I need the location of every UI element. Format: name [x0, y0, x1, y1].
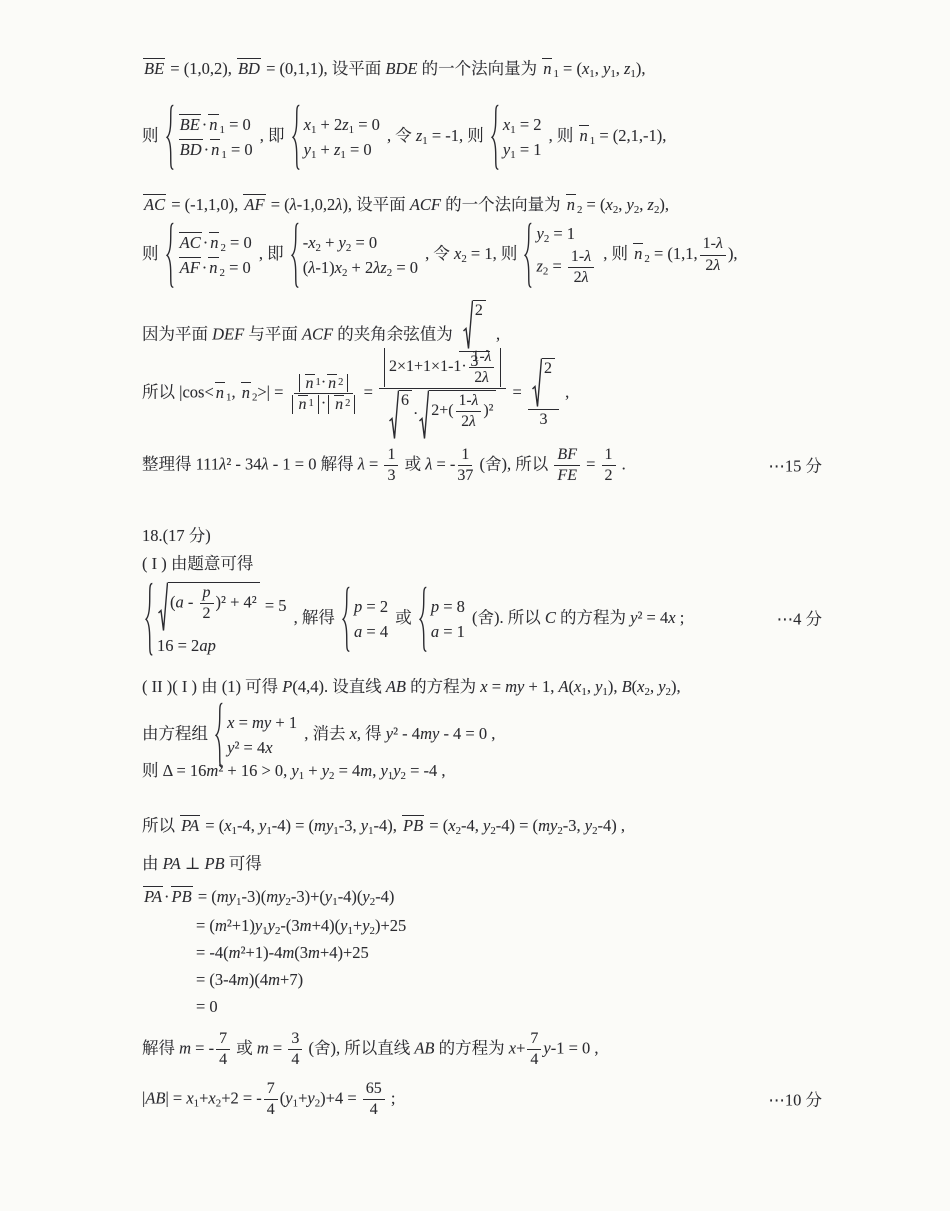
subscript: 2	[644, 253, 649, 265]
fraction: 34	[288, 1030, 302, 1070]
math-variable: a	[176, 593, 184, 612]
fraction: 74	[216, 1030, 230, 1070]
numerator: 1-λ	[568, 248, 594, 268]
vector-overline: n	[633, 243, 643, 262]
curly-brace-icon	[145, 582, 153, 656]
math-variable: AB	[145, 1089, 165, 1108]
math-variable: n	[634, 244, 642, 263]
numerator: 7	[264, 1080, 278, 1100]
math-variable: y	[630, 608, 637, 627]
math-variable: AB	[414, 1039, 434, 1058]
curly-brace-icon	[291, 222, 299, 289]
numerator: 2	[459, 300, 490, 352]
numerator: BF	[554, 446, 580, 466]
math-variable: PA	[181, 816, 199, 835]
math-variable: λ	[219, 455, 226, 474]
subscript: 1	[311, 124, 316, 136]
curly-brace-icon	[215, 702, 223, 769]
vector-overline: n	[215, 382, 225, 401]
math-variable: PB	[172, 887, 192, 906]
denominator: 4	[530, 1050, 538, 1069]
denominator: 2	[203, 604, 211, 623]
square-root: 2+(1-λ2λ)²	[419, 390, 496, 440]
vector-overline: n	[566, 194, 576, 213]
subscript: 1	[368, 825, 373, 837]
subscript: 1	[293, 1098, 298, 1110]
math-line: (a - p2)² + 4² = 516 = 2ap , 解得 p = 2a =…	[142, 582, 822, 656]
math-line: = -4(m²+1)-4m(3m+4)+25	[196, 942, 822, 963]
subscript: 1	[236, 896, 241, 908]
score-mark: ⋯4 分	[777, 609, 822, 630]
subscript: 1	[221, 149, 226, 161]
equation-system: -x2 + y2 = 0(λ-1)x2 + 2λz2 = 0	[291, 222, 418, 289]
subscript: 2	[345, 399, 350, 410]
subscript: 2	[401, 770, 406, 782]
subscript: 2	[577, 204, 582, 216]
fraction: 137	[457, 446, 473, 486]
math-variable: x	[208, 1089, 215, 1108]
math-variable: p	[431, 597, 439, 616]
numerator: 2	[528, 358, 559, 410]
math-variable: B	[622, 677, 632, 696]
math-variable: DEF	[212, 324, 244, 343]
subscript: 2	[592, 825, 597, 837]
math-variable: BD	[238, 59, 260, 78]
math-variable: λ	[335, 195, 342, 214]
math-variable: m	[282, 943, 294, 962]
math-variable: x	[605, 195, 612, 214]
math-line: AC = (-1,1,0), AF = (λ-1,0,2λ), 设平面 ACF …	[142, 194, 822, 216]
subscript: 1	[602, 686, 607, 698]
subscript: 1	[510, 149, 515, 161]
numerator: p	[200, 584, 214, 604]
curly-brace-icon	[419, 586, 427, 653]
square-root: 2	[532, 358, 555, 408]
subscript: 2	[544, 233, 549, 245]
math-variable: y	[268, 916, 275, 935]
vector-overline: BE	[143, 58, 165, 77]
equation-system: (a - p2)² + 4² = 516 = 2ap	[145, 582, 287, 656]
denominator: 4	[267, 1100, 275, 1119]
math-variable: λ	[469, 413, 476, 430]
system-rows: p = 8a = 1	[427, 596, 465, 642]
subscript: 2	[315, 1098, 320, 1110]
absolute-value: 2×1+1×1-1·1-λ2λ	[384, 348, 501, 387]
curly-brace-icon	[524, 222, 532, 289]
vector-overline: PB	[402, 815, 424, 834]
math-variable: my	[266, 887, 285, 906]
math-variable: x	[186, 1089, 193, 1108]
math-variable: y	[339, 233, 346, 252]
system-row: x = my + 1	[227, 712, 297, 733]
math-variable: AC	[180, 233, 201, 252]
math-variable: BE	[180, 115, 200, 134]
equation-system: AC·n2 = 0AF·n2 = 0	[166, 222, 252, 289]
math-variable: A	[558, 677, 568, 696]
subscript: 1	[340, 149, 345, 161]
fraction: 12	[602, 446, 616, 486]
math-variable: λ	[308, 258, 315, 277]
system-row: AF·n2 = 0	[178, 257, 251, 279]
score-mark: ⋯15 分	[768, 455, 822, 476]
math-line: 所以 |cos<n1, n2>| = n1·n2n1·n2 = 2×1+1×1-…	[142, 348, 822, 440]
vector-overline: BE	[179, 114, 201, 133]
math-variable: m	[308, 943, 320, 962]
denominator: 6·2+(1-λ2λ)²	[388, 389, 497, 440]
vector-overline: BD	[237, 58, 261, 77]
math-variable: m	[237, 970, 249, 989]
math-line: |AB| = x1+x2+2 = -74(y1+y2)+4 = 654 ;⋯10…	[142, 1080, 822, 1120]
system-rows: AC·n2 = 0AF·n2 = 0	[174, 232, 252, 279]
curly-brace-icon	[166, 222, 174, 289]
math-variable: m	[215, 916, 227, 935]
fraction: 1-λ2λ	[568, 248, 594, 288]
math-variable: x	[335, 258, 342, 277]
math-variable: x	[224, 816, 231, 835]
math-variable: my	[252, 713, 271, 732]
math-line: ( I ) 由题意可得	[142, 553, 822, 574]
math-variable: n	[335, 396, 343, 413]
math-variable: x	[304, 115, 311, 134]
math-line: = 0	[196, 996, 822, 1017]
subscript: 2	[316, 242, 321, 254]
math-variable: I	[182, 677, 188, 696]
absolute-value: n1	[292, 395, 319, 414]
radicand: 2	[542, 358, 555, 408]
equation-system: x1 + 2z1 = 0y1 + z1 = 0	[292, 104, 380, 171]
subscript: 1	[266, 825, 271, 837]
math-variable: BDE	[385, 59, 417, 78]
subscript: 2	[285, 896, 290, 908]
system-row: y2 = 1	[536, 223, 575, 245]
subscript: 1	[311, 149, 316, 161]
math-variable: y	[285, 1089, 292, 1108]
subscript: 2	[634, 204, 639, 216]
subscript: 2	[490, 825, 495, 837]
fraction: BFFE	[554, 446, 580, 486]
fraction: 74	[527, 1030, 541, 1070]
subscript: 2	[666, 686, 671, 698]
numerator: 3	[288, 1030, 302, 1050]
numerator: n1·n2	[294, 374, 354, 395]
math-variable: II	[152, 677, 163, 696]
math-variable: λ	[472, 392, 479, 409]
denominator: 2λ	[474, 368, 489, 387]
subscript: 2	[370, 896, 375, 908]
system-row: y1 + z1 = 0	[304, 139, 372, 161]
subscript: 2	[252, 392, 257, 404]
math-variable: AF	[180, 258, 200, 277]
math-line: 由 PA ⊥ PB 可得	[142, 853, 822, 874]
math-variable: p	[203, 584, 211, 601]
radical-icon	[158, 582, 168, 632]
denominator: 2	[605, 466, 613, 485]
denominator: 4	[370, 1100, 378, 1119]
math-variable: ACF	[410, 195, 441, 214]
vector-overline: n	[208, 114, 218, 133]
subscript: 2	[543, 266, 548, 278]
math-variable: my	[420, 724, 439, 743]
vector-overline: PB	[171, 886, 193, 905]
math-variable: y	[307, 1089, 314, 1108]
curly-brace-icon	[166, 104, 174, 171]
subscript: 2	[387, 267, 392, 279]
subscript: 1	[194, 1098, 199, 1110]
subscript: 1	[553, 68, 558, 80]
fraction: 13	[384, 446, 398, 486]
math-variable: p	[354, 597, 362, 616]
math-variable: λz	[373, 258, 387, 277]
numerator: 1-λ	[700, 235, 726, 255]
square-root: 6	[389, 390, 412, 440]
fraction: 23	[528, 358, 559, 429]
math-variable: y	[291, 761, 298, 780]
math-line: = (3-4m)(4m+7)	[196, 969, 822, 990]
vector-overline: PA	[143, 886, 163, 905]
subscript: 1	[333, 825, 338, 837]
subscript: 2	[338, 378, 343, 389]
math-variable: my	[217, 887, 236, 906]
math-variable: n	[209, 115, 217, 134]
denominator: FE	[557, 466, 577, 485]
radicand: 2	[473, 300, 486, 350]
math-variable: AB	[386, 677, 406, 696]
system-row: p = 2	[354, 596, 388, 617]
system-row: y1 = 1	[503, 139, 542, 161]
math-variable: λ	[425, 455, 432, 474]
curly-brace-icon	[491, 104, 499, 171]
math-line: = (m²+1)y1y2-(3m+4)(y1+y2)+25	[196, 915, 822, 937]
math-variable: λ	[485, 348, 492, 365]
scanned-solution-page: BE = (1,0,2), BD = (0,1,1), 设平面 BDE 的一个法…	[0, 0, 950, 1211]
subscript: 1	[299, 770, 304, 782]
subscript: 1	[510, 124, 515, 136]
subscript: 2	[220, 267, 225, 279]
fraction: p2	[200, 584, 214, 624]
denominator: 37	[457, 466, 473, 485]
subscript: 1	[610, 68, 615, 80]
math-variable: n	[299, 396, 307, 413]
vector-overline: n	[327, 374, 337, 393]
math-variable: n	[543, 59, 551, 78]
system-row: z2 = 1-λ2λ	[536, 248, 596, 288]
vector-overline: AC	[179, 232, 202, 251]
math-variable: λ	[584, 248, 591, 265]
fraction: 74	[264, 1080, 278, 1120]
math-variable: PA	[144, 887, 162, 906]
math-variable: x	[350, 724, 357, 743]
equation-system: x = my + 1y² = 4x	[215, 702, 297, 769]
math-variable: m	[300, 916, 312, 935]
math-variable: AF	[244, 195, 264, 214]
math-variable: m	[360, 761, 372, 780]
absolute-value: n2	[328, 395, 355, 414]
math-variable: x	[480, 677, 487, 696]
denominator: 2λ	[461, 412, 476, 431]
radical-icon	[463, 300, 473, 350]
math-variable: x	[227, 713, 234, 732]
subscript: 1	[422, 135, 427, 147]
denominator: n1·n2	[290, 394, 358, 414]
math-variable: n	[210, 233, 218, 252]
math-variable: x	[637, 677, 644, 696]
denominator: 2λ	[705, 256, 720, 275]
numerator: 7	[216, 1030, 230, 1050]
math-variable: m	[257, 1039, 269, 1058]
subscript: 1	[232, 825, 237, 837]
system-row: AC·n2 = 0	[178, 232, 252, 254]
numerator: 1	[458, 446, 472, 466]
curly-brace-icon	[292, 104, 300, 171]
vector-overline: AC	[143, 194, 166, 213]
math-variable: n	[306, 375, 314, 392]
math-variable: n	[567, 195, 575, 214]
math-variable: my	[538, 816, 557, 835]
numerator: 1	[384, 446, 398, 466]
system-rows: x1 + 2z1 = 0y1 + z1 = 0	[300, 114, 380, 161]
numerator: 65	[363, 1080, 385, 1100]
vector-overline: BD	[179, 139, 203, 158]
subscript: 1	[349, 124, 354, 136]
subscript: 1	[589, 68, 594, 80]
math-variable: x	[509, 1039, 516, 1058]
math-variable: ACF	[302, 324, 333, 343]
system-row: a = 1	[431, 621, 465, 642]
math-variable: AC	[144, 195, 165, 214]
system-rows: y2 = 1z2 = 1-λ2λ	[532, 223, 596, 288]
subscript: 2	[220, 242, 225, 254]
math-variable: a	[354, 622, 362, 641]
math-variable: y	[380, 761, 387, 780]
math-line: 解得 m = -74 或 m = 34 (舍), 所以直线 AB 的方程为 x+…	[142, 1030, 822, 1070]
math-variable: λ	[482, 369, 489, 386]
subscript: 2	[461, 253, 466, 265]
radicand: 6	[399, 390, 412, 440]
vector-overline: PA	[180, 815, 200, 834]
math-variable: BE	[144, 59, 164, 78]
subscript: 1	[226, 392, 231, 404]
radical-icon	[532, 358, 542, 408]
vector-overline: n	[298, 395, 308, 414]
math-variable: PB	[204, 854, 224, 873]
numerator: 2×1+1×1-1·1-λ2λ	[379, 348, 506, 389]
system-rows: x1 = 2y1 = 1	[499, 114, 542, 161]
absolute-value: n1·n2	[299, 374, 349, 393]
math-variable: y	[322, 761, 329, 780]
subscript: 1	[332, 896, 337, 908]
math-variable: λ	[262, 455, 269, 474]
vector-overline: n	[208, 257, 218, 276]
math-variable: C	[545, 608, 556, 627]
fraction: 1-λ2λ	[456, 392, 482, 431]
fraction: 1-λ2λ	[700, 235, 726, 275]
equation-system: BE·n1 = 0BD·n1 = 0	[166, 104, 253, 171]
math-variable: n	[580, 126, 588, 145]
system-rows: BE·n1 = 0BD·n1 = 0	[174, 114, 253, 161]
system-rows: -x2 + y2 = 0(λ-1)x2 + 2λz2 = 0	[299, 232, 418, 279]
math-variable: λ	[358, 455, 365, 474]
equation-system: p = 2a = 4	[342, 586, 388, 653]
system-row: (a - p2)² + 4² = 5	[157, 582, 287, 632]
math-variable: my	[505, 677, 524, 696]
vector-overline: n	[241, 382, 251, 401]
math-variable: x	[308, 233, 315, 252]
subscript: 2	[275, 925, 280, 937]
math-variable: ap	[199, 636, 216, 655]
math-variable: BD	[180, 140, 202, 159]
math-variable: x	[668, 608, 675, 627]
equation-system: p = 8a = 1	[419, 586, 465, 653]
subscript: 2	[342, 267, 347, 279]
vector-overline: n	[542, 58, 552, 77]
denominator: 3	[539, 410, 547, 429]
square-root: 2	[463, 300, 486, 350]
subscript: 2	[456, 825, 461, 837]
subscript: 2	[346, 242, 351, 254]
numerator: 1	[602, 446, 616, 466]
denominator: 4	[291, 1050, 299, 1069]
system-row: x1 = 2	[503, 114, 542, 136]
system-row: BD·n1 = 0	[178, 139, 253, 161]
math-line: 整理得 111λ² - 34λ - 1 = 0 解得 λ = 13 或 λ = …	[142, 446, 822, 486]
math-variable: y	[536, 224, 543, 243]
math-line: 则 BE·n1 = 0BD·n1 = 0 , 即 x1 + 2z1 = 0y1 …	[142, 104, 822, 171]
math-variable: λ	[582, 269, 589, 286]
system-row: -x2 + y2 = 0	[303, 232, 377, 254]
math-variable: my	[314, 816, 333, 835]
equation-system: x1 = 2y1 = 1	[491, 104, 542, 171]
subscript: 2	[645, 686, 650, 698]
system-row: y² = 4x	[227, 737, 272, 758]
math-line: BE = (1,0,2), BD = (0,1,1), 设平面 BDE 的一个法…	[142, 58, 822, 80]
math-variable: FE	[557, 467, 577, 484]
math-variable: y	[658, 677, 665, 696]
math-variable: BF	[557, 446, 577, 463]
math-variable: m	[229, 943, 241, 962]
math-variable: y	[585, 816, 592, 835]
vector-overline: n	[334, 395, 344, 414]
subscript: 2	[613, 204, 618, 216]
math-variable: P	[282, 677, 292, 696]
system-rows: x = my + 1y² = 4x	[223, 712, 297, 758]
system-row: p = 8	[431, 596, 465, 617]
system-row: a = 4	[354, 621, 388, 642]
math-variable: cos	[182, 383, 204, 402]
system-row: BE·n1 = 0	[178, 114, 251, 136]
subscript: 2	[370, 925, 375, 937]
math-variable: y	[627, 195, 634, 214]
radicand: 2+(1-λ2λ)²	[429, 390, 496, 440]
math-variable: PB	[403, 816, 423, 835]
vector-overline: AF	[179, 257, 201, 276]
fraction: 2×1+1×1-1·1-λ2λ6·2+(1-λ2λ)²	[379, 348, 506, 440]
math-line: ( II )( I ) 由 (1) 可得 P(4,4). 设直线 AB 的方程为…	[142, 676, 822, 698]
math-variable: m	[179, 1039, 191, 1058]
math-variable: y	[543, 1039, 550, 1058]
math-variable: PA	[163, 854, 181, 873]
math-variable: y	[362, 887, 369, 906]
math-variable: m	[268, 970, 280, 989]
math-line: 则 AC·n2 = 0AF·n2 = 0 , 即 -x2 + y2 = 0(λ-…	[142, 222, 822, 289]
numerator: 1-λ	[456, 392, 482, 412]
subscript: 2	[329, 770, 334, 782]
subscript: 1	[590, 135, 595, 147]
math-variable: y	[393, 761, 400, 780]
math-variable: λ	[716, 235, 723, 252]
math-line: 18.(17 分)	[142, 525, 822, 546]
system-row: (λ-1)x2 + 2λz2 = 0	[303, 257, 418, 279]
math-line: 由方程组 x = my + 1y² = 4x , 消去 x, 得 y² - 4m…	[142, 702, 822, 769]
